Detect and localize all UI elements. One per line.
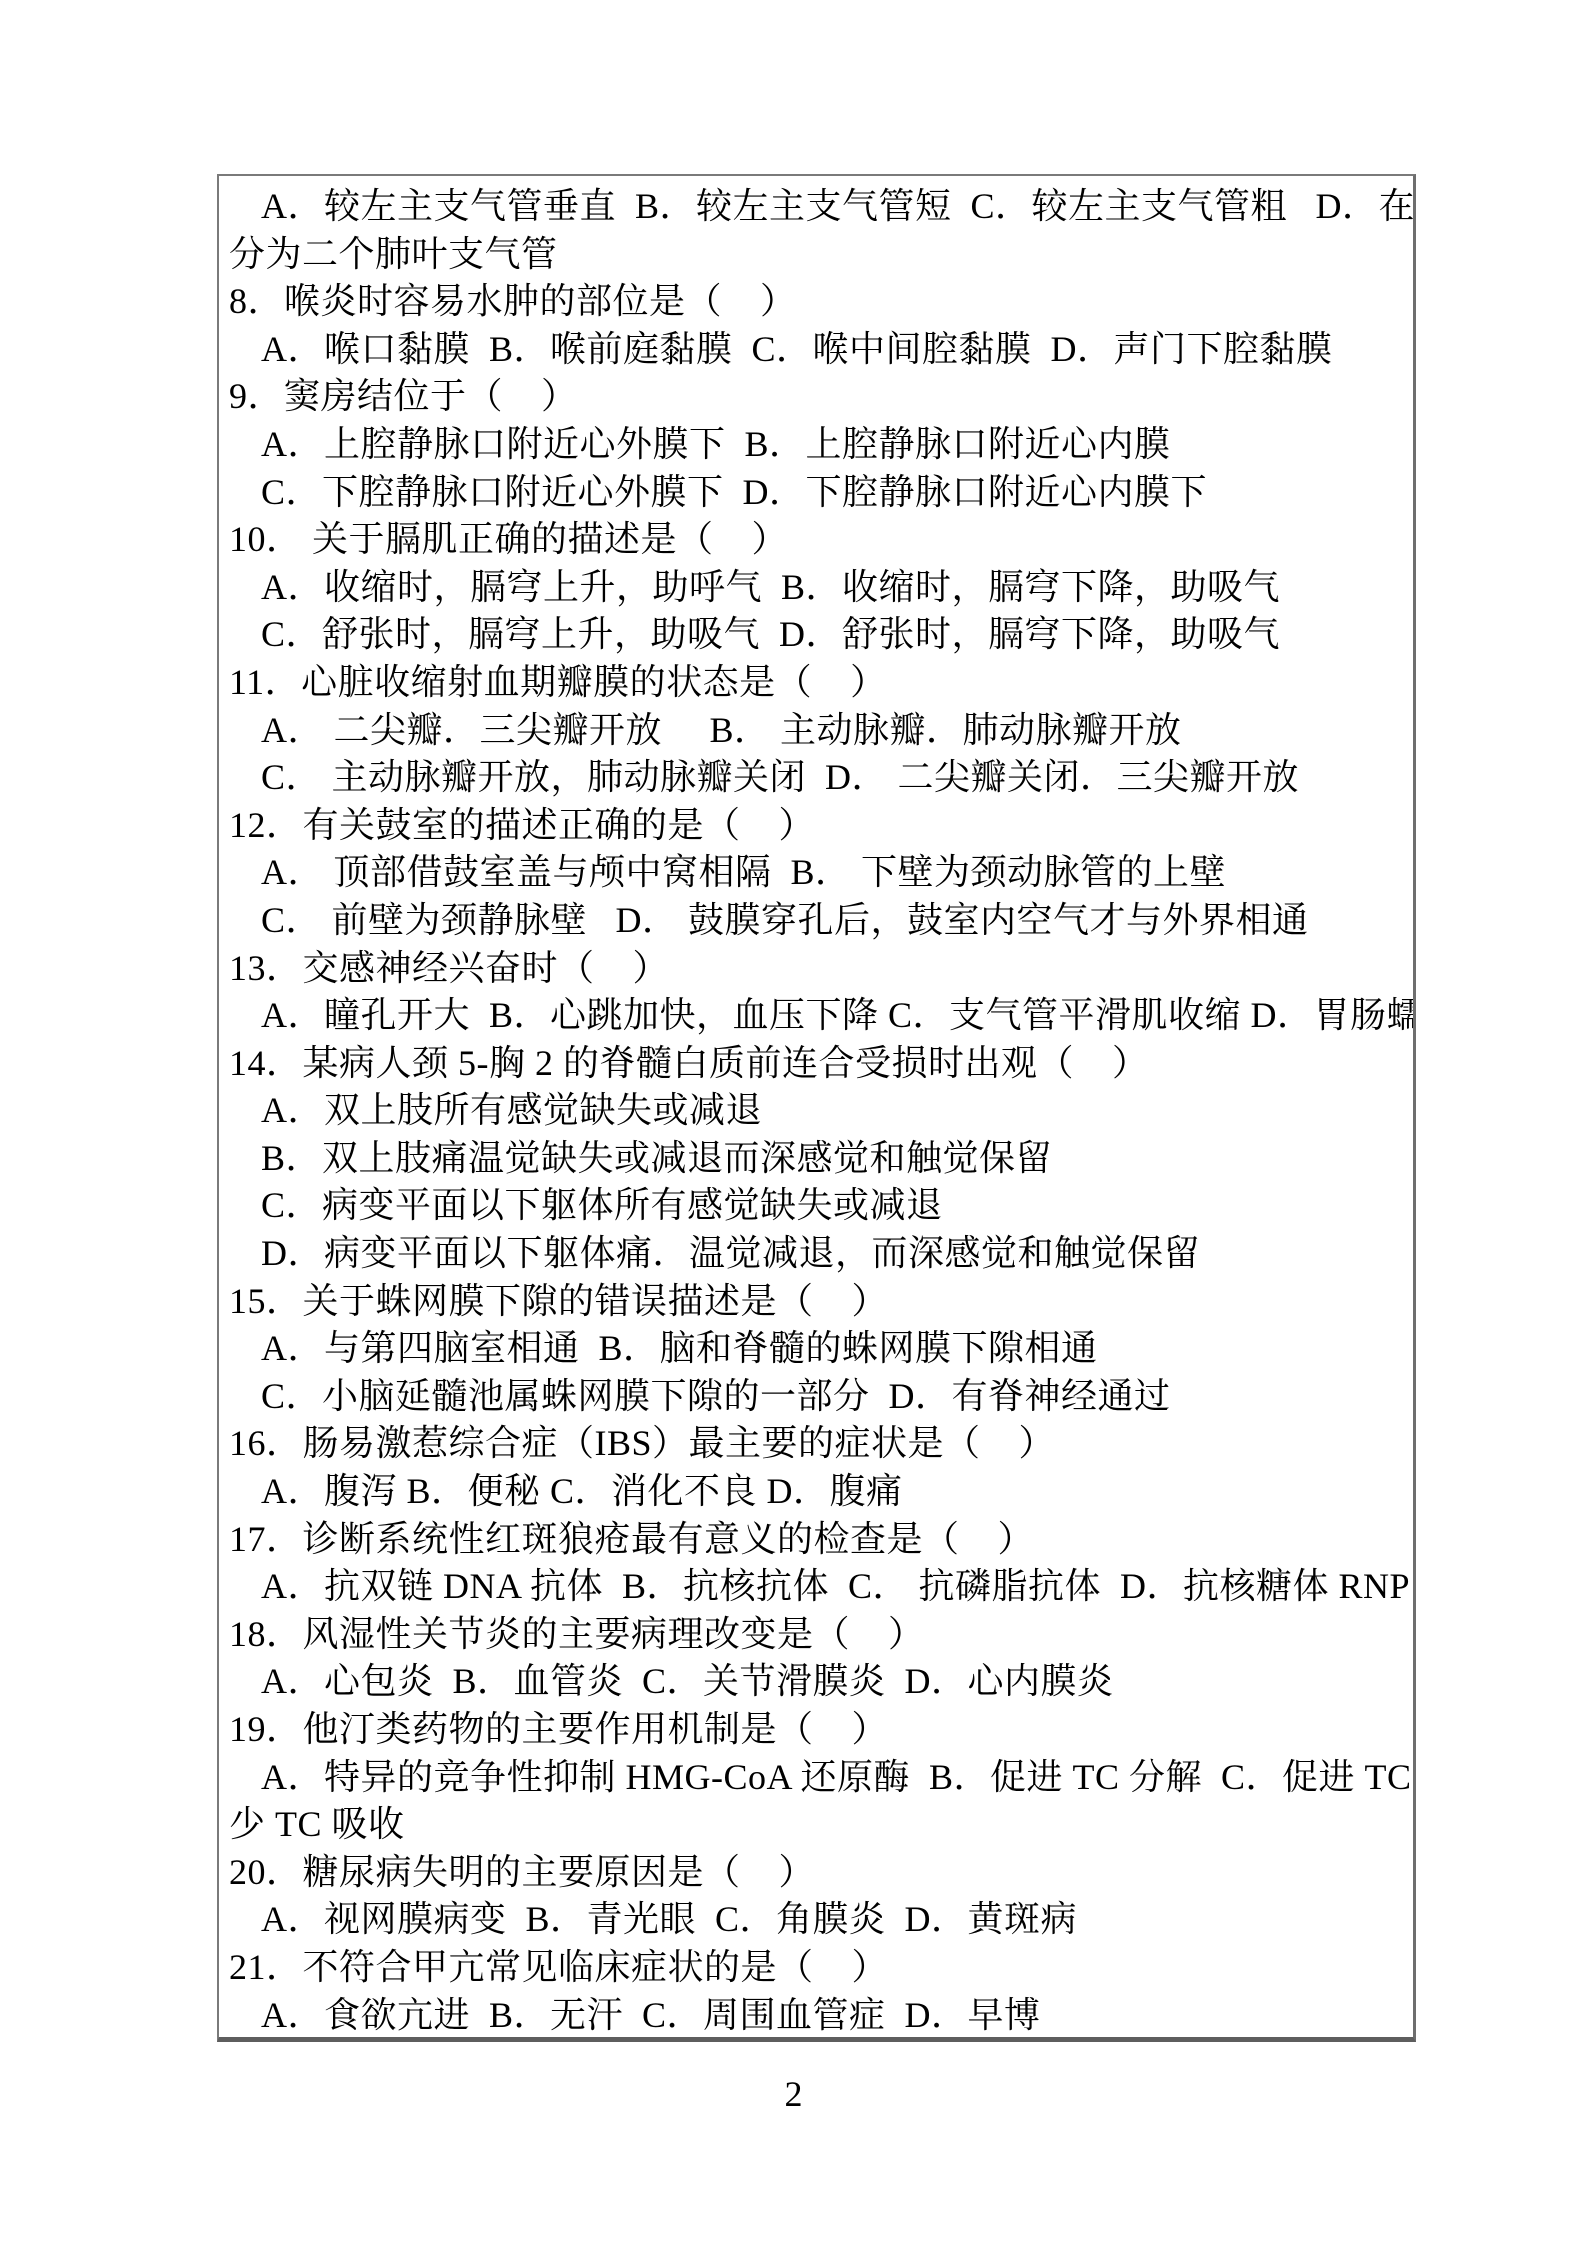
text-line: C．病变平面以下躯体所有感觉缺失或减退 <box>229 1182 1407 1230</box>
text-line: 17．诊断系统性红斑狼疮最有意义的检查是（ ） <box>229 1516 1407 1564</box>
text-line: D．病变平面以下躯体痛．温觉减退，而深感觉和触觉保留 <box>229 1230 1407 1278</box>
text-line: C．小脑延髓池属蛛网膜下隙的一部分 D．有脊神经通过 <box>229 1373 1407 1421</box>
text-line: A．腹泻 B．便秘 C．消化不良 D．腹痛 <box>229 1468 1407 1516</box>
text-line: 16．肠易激惹综合症（IBS）最主要的症状是（ ） <box>229 1420 1407 1468</box>
text-line: C．舒张时，膈穹上升，助吸气 D．舒张时，膈穹下降，助吸气 <box>229 611 1407 659</box>
text-line: A．收缩时，膈穹上升，助呼气 B．收缩时，膈穹下降，助吸气 <box>229 564 1407 612</box>
text-line: A．食欲亢进 B．无汗 C．周围血管症 D．早博 <box>229 1992 1407 2040</box>
text-line: A．上腔静脉口附近心外膜下 B．上腔静脉口附近心内膜 <box>229 421 1407 469</box>
text-line: 14．某病人颈 5-胸 2 的脊髓白质前连合受损时出观（ ） <box>229 1040 1407 1088</box>
text-line: A．双上肢所有感觉缺失或减退 <box>229 1087 1407 1135</box>
text-line: A．瞳孔开大 B．心跳加快，血压下降 C．支气管平滑肌收缩 D．胃肠蠕动加快 <box>229 992 1407 1040</box>
text-line: A． 二尖瓣．三尖瓣开放 B． 主动脉瓣．肺动脉瓣开放 <box>229 707 1407 755</box>
text-line: 18．风湿性关节炎的主要病理改变是（ ） <box>229 1611 1407 1659</box>
question-area: A．较左主支气管垂直 B．较左主支气管短 C．较左主支气管粗 D．在肺门处分为二… <box>217 174 1416 2042</box>
text-line: A．喉口黏膜 B．喉前庭黏膜 C．喉中间腔黏膜 D．声门下腔黏膜 <box>229 326 1407 374</box>
text-line: 10． 关于膈肌正确的描述是（ ） <box>229 516 1407 564</box>
text-line: 8．喉炎时容易水肿的部位是（ ） <box>229 278 1407 326</box>
text-line: 20．糖尿病失明的主要原因是（ ） <box>229 1849 1407 1897</box>
text-line: 12．有关鼓室的描述正确的是（ ） <box>229 802 1407 850</box>
text-line: A．较左主支气管垂直 B．较左主支气管短 C．较左主支气管粗 D．在肺门处 <box>229 183 1407 231</box>
text-line: A．特异的竞争性抑制 HMG-CoA 还原酶 B．促进 TC 分解 C．促进 T… <box>229 1754 1407 1802</box>
text-line: C． 主动脉瓣开放，肺动脉瓣关闭 D． 二尖瓣关闭．三尖瓣开放 <box>229 754 1407 802</box>
page-number: 2 <box>0 2072 1587 2116</box>
text-line: 13．交感神经兴奋时（ ） <box>229 945 1407 993</box>
text-line: A．视网膜病变 B．青光眼 C．角膜炎 D．黄斑病 <box>229 1896 1407 1944</box>
text-line: B．双上肢痛温觉缺失或减退而深感觉和触觉保留 <box>229 1135 1407 1183</box>
text-line: 19．他汀类药物的主要作用机制是（ ） <box>229 1706 1407 1754</box>
text-line: A．抗双链 DNA 抗体 B．抗核抗体 C． 抗磷脂抗体 D．抗核糖体 RNP … <box>229 1563 1407 1611</box>
text-line: 分为二个肺叶支气管 <box>229 231 1407 279</box>
text-line: 11．心脏收缩射血期瓣膜的状态是（ ） <box>229 659 1407 707</box>
text-line: A．心包炎 B．血管炎 C．关节滑膜炎 D．心内膜炎 <box>229 1658 1407 1706</box>
text-line: 15．关于蛛网膜下隙的错误描述是（ ） <box>229 1278 1407 1326</box>
text-line: C．下腔静脉口附近心外膜下 D．下腔静脉口附近心内膜下 <box>229 469 1407 517</box>
text-line: 少 TC 吸收 <box>229 1801 1407 1849</box>
text-line: 9．窦房结位于（ ） <box>229 373 1407 421</box>
text-line: C． 前壁为颈静脉壁 D． 鼓膜穿孔后，鼓室内空气才与外界相通 <box>229 897 1407 945</box>
text-line: 21．不符合甲亢常见临床症状的是（ ） <box>229 1944 1407 1992</box>
text-line: A．与第四脑室相通 B．脑和脊髓的蛛网膜下隙相通 <box>229 1325 1407 1373</box>
exam-page: A．较左主支气管垂直 B．较左主支气管短 C．较左主支气管粗 D．在肺门处分为二… <box>0 0 1587 2245</box>
text-line: A． 顶部借鼓室盖与颅中窝相隔 B． 下壁为颈动脉管的上壁 <box>229 849 1407 897</box>
